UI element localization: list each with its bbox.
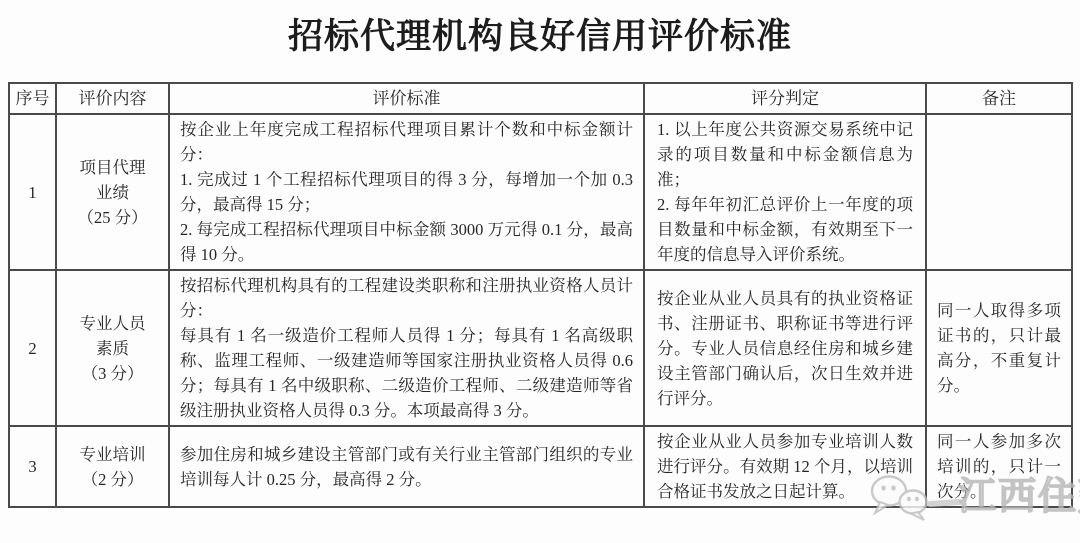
header-standard: 评价标准 bbox=[169, 83, 644, 114]
row3-content: 专业培训 （2 分） bbox=[56, 426, 169, 507]
row3-standard: 参加住房和城乡建设主管部门或有关行业主管部门组织的专业培训每人计 0.25 分，… bbox=[169, 426, 644, 507]
row3-no: 3 bbox=[9, 426, 56, 507]
row1-no: 1 bbox=[9, 114, 56, 270]
evaluation-table: 序号 评价内容 评价标准 评分判定 备注 1 项目代理 业绩 （25 分） 按企… bbox=[8, 82, 1073, 508]
row1-remark bbox=[926, 114, 1072, 270]
header-no: 序号 bbox=[9, 83, 56, 114]
row3-judgment: 按企业从业人员参加专业培训人数进行评分。有效期 12 个月，以培训合格证书发放之… bbox=[644, 426, 926, 507]
table-header-row: 序号 评价内容 评价标准 评分判定 备注 bbox=[9, 83, 1072, 114]
header-content: 评价内容 bbox=[56, 83, 169, 114]
header-remark: 备注 bbox=[926, 83, 1072, 114]
row2-standard: 按招标代理机构具有的工程建设类职称和注册执业资格人员计分： 每具有 1 名一级造… bbox=[169, 270, 644, 426]
table-row: 1 项目代理 业绩 （25 分） 按企业上年度完成工程招标代理项目累计个数和中标… bbox=[9, 114, 1072, 270]
page-title: 招标代理机构良好信用评价标准 bbox=[0, 14, 1080, 60]
row2-remark: 同一人取得多项证书的，只计最高分，不重复计分。 bbox=[926, 270, 1072, 426]
row2-content: 专业人员 素质 （3 分） bbox=[56, 270, 169, 426]
table-row: 3 专业培训 （2 分） 参加住房和城乡建设主管部门或有关行业主管部门组织的专业… bbox=[9, 426, 1072, 507]
row3-remark: 同一人参加多次培训的，只计一次分。 bbox=[926, 426, 1072, 507]
row2-no: 2 bbox=[9, 270, 56, 426]
table-row: 2 专业人员 素质 （3 分） 按招标代理机构具有的工程建设类职称和注册执业资格… bbox=[9, 270, 1072, 426]
row1-content: 项目代理 业绩 （25 分） bbox=[56, 114, 169, 270]
row1-judgment: 1. 以上年度公共资源交易系统中记录的项目数量和中标金额信息为准； 2. 每年年… bbox=[644, 114, 926, 270]
row1-standard: 按企业上年度完成工程招标代理项目累计个数和中标金额计分： 1. 完成过 1 个工… bbox=[169, 114, 644, 270]
row2-judgment: 按企业从业人员具有的执业资格证书、注册证书、职称证书等进行评分。专业人员信息经住… bbox=[644, 270, 926, 426]
header-judgment: 评分判定 bbox=[644, 83, 926, 114]
